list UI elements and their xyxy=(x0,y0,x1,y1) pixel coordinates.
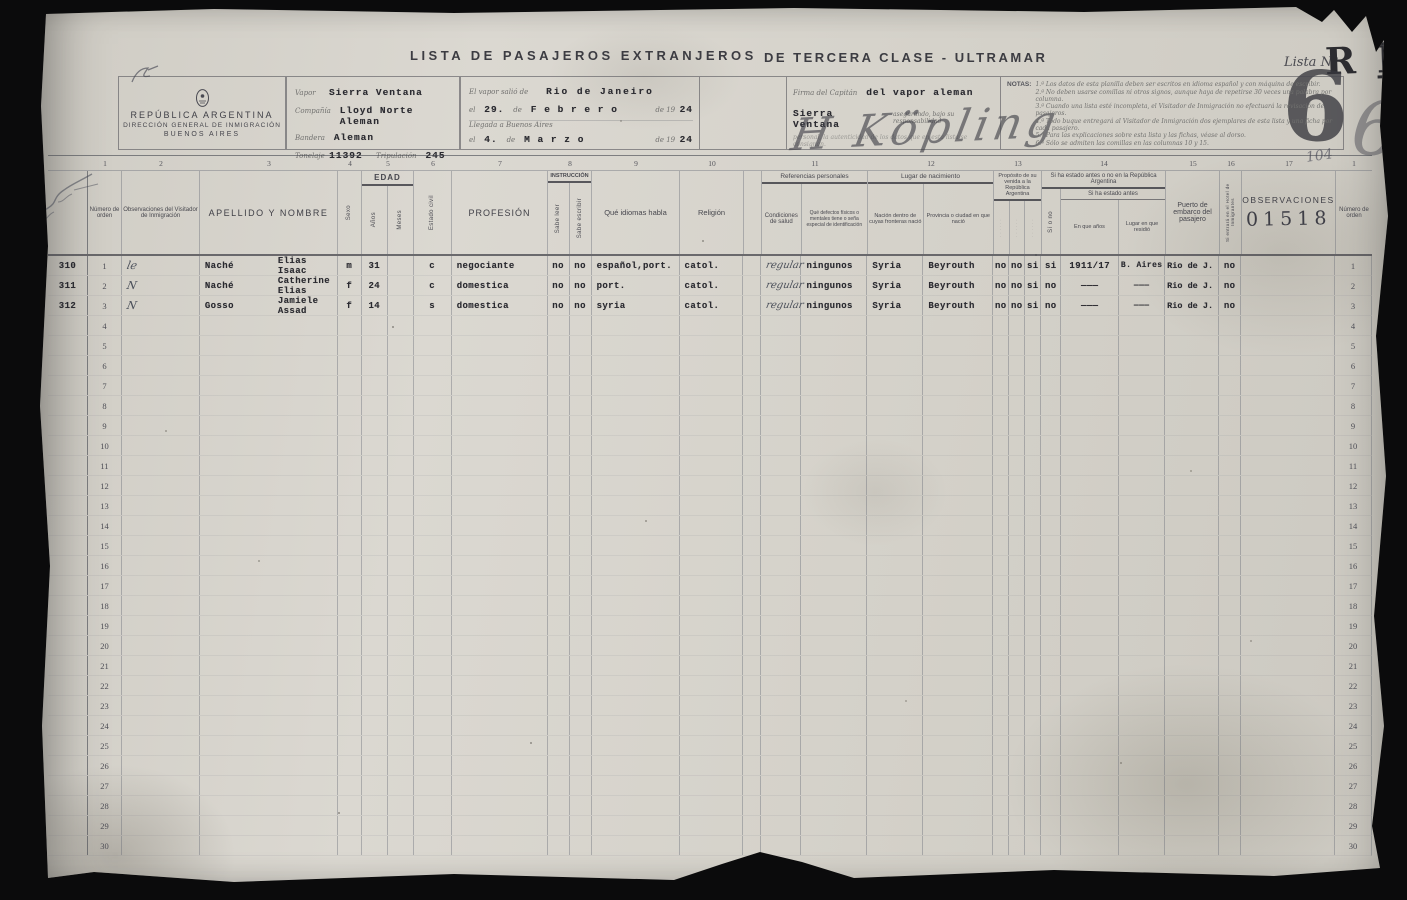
cell-order-2: 28 xyxy=(1349,801,1358,811)
col-visitador: Observaciones del Visitador de Inmigraci… xyxy=(122,171,200,254)
col-sabe-leer: Sabe leer xyxy=(548,183,570,254)
nota-4: 4.ª Todo buque entregará al Visitador de… xyxy=(1035,118,1337,132)
voyage-box: El vapor salió de Rio de Janeiro el 29. … xyxy=(460,76,700,150)
cell-purpose-3: si xyxy=(1027,281,1039,291)
cell-surname: Naché xyxy=(205,261,234,271)
paper-specks xyxy=(0,0,2,2)
page-title: LISTA DE PASAJEROS EXTRANJEROS xyxy=(410,48,757,63)
cell-order-2: 26 xyxy=(1349,761,1358,771)
arr-year: 24 xyxy=(680,134,693,145)
cell-writes: no xyxy=(574,281,586,291)
col-provincia: Provincia o ciudad en que nació xyxy=(924,184,993,254)
cell-order: 26 xyxy=(100,761,109,771)
cell-order-2: 18 xyxy=(1349,601,1358,611)
cell-given-name: Jamiele Assad xyxy=(278,296,337,316)
cell-purpose-2: no xyxy=(1011,261,1023,271)
cell-order-2: 7 xyxy=(1351,381,1355,391)
cell-order-2: 1 xyxy=(1351,261,1355,271)
cell-health: regular xyxy=(765,300,805,311)
cell-profession: domestica xyxy=(457,301,509,311)
col-proposito-1: · · · · · · xyxy=(994,201,1010,254)
table-row: 8 8 xyxy=(48,396,1372,416)
cell-order-2: 29 xyxy=(1349,821,1358,831)
cell-margin-number: 310 xyxy=(59,261,76,271)
cell-order-2: 6 xyxy=(1351,361,1355,371)
cell-order: 23 xyxy=(100,701,109,711)
table-row: 12 12 xyxy=(48,476,1372,496)
cell-religion: catol. xyxy=(685,261,720,271)
cell-margin-number: 311 xyxy=(59,281,76,291)
cell-languages: syria xyxy=(597,301,626,311)
cell-margin-number: 312 xyxy=(59,301,76,311)
table-row: 26 26 xyxy=(48,756,1372,776)
table-row: 30 30 xyxy=(48,836,1372,856)
table-body: 310 1 le Naché Elias Isaac m 31 c negoci… xyxy=(48,256,1372,856)
column-numbers-row: 1 2 3 4 5 6 7 8 9 10 11 12 13 14 15 16 1… xyxy=(48,155,1372,170)
table-row: 22 22 xyxy=(48,676,1372,696)
col-edad-group: EDAD Años Meses xyxy=(362,171,414,254)
cell-hotel: no xyxy=(1224,281,1236,291)
table-row: 6 6 xyxy=(48,356,1372,376)
ship-box: Vapor Sierra Ventana Compañía Lloyd Nort… xyxy=(286,76,460,150)
cell-languages: español,port. xyxy=(597,261,672,271)
table-row: 311 2 N Naché Catherine Elias f 24 c dom… xyxy=(48,276,1372,296)
cell-order: 11 xyxy=(100,461,108,471)
cell-given-name: Catherine Elias xyxy=(278,276,337,296)
cell-order-2: 5 xyxy=(1351,341,1355,351)
cell-surname: Naché xyxy=(205,281,234,291)
col-sabe-escribir: Sabe escribir xyxy=(570,183,591,254)
cell-hotel: no xyxy=(1224,261,1236,271)
cell-order: 17 xyxy=(100,581,109,591)
col-anos: Años xyxy=(362,186,388,254)
col-meses: Meses xyxy=(388,186,413,254)
cell-place-before: ——— xyxy=(1134,301,1150,310)
col-estado-civil: Estado civil xyxy=(414,171,452,254)
cell-order-2: 11 xyxy=(1349,461,1357,471)
arr-day: 4. xyxy=(484,134,497,145)
cell-order: 4 xyxy=(102,321,106,331)
cell-order: 24 xyxy=(100,721,109,731)
table-row: 13 13 xyxy=(48,496,1372,516)
cell-order: 21 xyxy=(100,661,109,671)
notas-box: NOTAS: 1.ª Los datos de esta planilla de… xyxy=(1000,76,1344,150)
el-label-2: el xyxy=(469,136,475,144)
compania-label: Compañía xyxy=(295,107,331,115)
cell-reads: no xyxy=(552,301,564,311)
cell-age-years: 14 xyxy=(368,301,380,311)
cell-sex: f xyxy=(346,301,352,311)
cell-order-2: 21 xyxy=(1349,661,1358,671)
cell-order: 25 xyxy=(100,741,109,751)
table-row: 16 16 xyxy=(48,556,1372,576)
col-si-o-no: Sí o no xyxy=(1042,189,1061,254)
llegada-label: Llegada a Buenos Aires xyxy=(469,121,553,129)
cell-visitor-mark: le xyxy=(126,259,139,272)
agency-office: DIRECCIÓN GENERAL DE INMIGRACIÓN xyxy=(123,122,281,129)
cell-province: Beyrouth xyxy=(928,301,974,311)
col-orden-2: Número de orden xyxy=(1336,171,1372,254)
cell-order-2: 17 xyxy=(1349,581,1358,591)
table-row: 310 1 le Naché Elias Isaac m 31 c negoci… xyxy=(48,256,1372,276)
cell-order: 18 xyxy=(100,601,109,611)
cell-port: Rio de J. xyxy=(1167,261,1213,271)
col-ha-estado-group: Si ha estado antes En que años Lugar en … xyxy=(1061,189,1165,254)
col-religion: Religión xyxy=(680,171,744,254)
cell-place-before: B. Aires xyxy=(1121,261,1163,270)
cell-age-years: 31 xyxy=(368,261,380,271)
cell-nation: Syria xyxy=(872,281,901,291)
cell-writes: no xyxy=(574,301,586,311)
cell-visitor-mark: N xyxy=(126,299,138,312)
cell-been-before: no xyxy=(1045,281,1057,291)
cell-order-2: 15 xyxy=(1349,541,1358,551)
col-puerto: Puerto de embarco del pasajero xyxy=(1166,171,1220,254)
cell-profession: domestica xyxy=(457,281,509,291)
cell-nation: Syria xyxy=(872,301,901,311)
agency-city: BUENOS AIRES xyxy=(164,131,240,138)
table-row: 15 15 xyxy=(48,536,1372,556)
table-row: 25 25 xyxy=(48,736,1372,756)
col-orden: Número de orden xyxy=(88,171,122,254)
table-row: 11 11 xyxy=(48,456,1372,476)
table-row: 7 7 xyxy=(48,376,1372,396)
cell-order-2: 12 xyxy=(1349,481,1358,491)
cell-purpose-3: si xyxy=(1027,301,1039,311)
cell-health: regular xyxy=(765,280,805,291)
cell-order: 5 xyxy=(102,341,106,351)
cell-order: 8 xyxy=(102,401,106,411)
nota-1: 1.ª Los datos de esta planilla deben ser… xyxy=(1035,81,1337,88)
cell-visitor-mark: N xyxy=(126,279,138,292)
cell-purpose-3: si xyxy=(1027,261,1039,271)
nota-3: 3.ª Cuando una lista esté incompleta, el… xyxy=(1035,103,1337,117)
cell-civil-status: c xyxy=(429,281,435,291)
col-referencias-group: Referencias personales Condiciones de sa… xyxy=(762,171,868,254)
cell-order: 30 xyxy=(100,841,109,851)
col-sexo: Sexo xyxy=(338,171,362,254)
dep-day: 29. xyxy=(484,104,504,115)
col-observaciones: OBSERVACIONES 01518 xyxy=(1242,171,1336,254)
de19-label: de 19 xyxy=(655,106,675,114)
col-estado-antes-group: Si ha estado antes o no en la República … xyxy=(1042,171,1166,254)
cell-been-before: si xyxy=(1045,261,1057,271)
col-unlabeled xyxy=(744,171,762,254)
de-label-2: de xyxy=(507,136,516,144)
col-profesion: PROFESIÓN xyxy=(452,171,548,254)
cell-years-before: ——— xyxy=(1081,281,1098,291)
cell-reads: no xyxy=(552,261,564,271)
vapor-label: Vapor xyxy=(295,89,316,97)
cell-order: 28 xyxy=(100,801,109,811)
col-proposito-3: · · · · · · xyxy=(1025,201,1041,254)
cell-purpose-1: no xyxy=(995,261,1007,271)
cell-order-2: 2 xyxy=(1351,281,1355,291)
table-row: 28 28 xyxy=(48,796,1372,816)
cell-order-2: 27 xyxy=(1349,781,1358,791)
cell-order: 7 xyxy=(102,381,106,391)
cell-order-2: 19 xyxy=(1349,621,1358,631)
cell-order-2: 20 xyxy=(1349,641,1358,651)
cell-order-2: 25 xyxy=(1349,741,1358,751)
cell-surname: Gosso xyxy=(205,301,234,311)
col-defectos: Qué defectos físicos o mentales tiene o … xyxy=(802,184,867,254)
cell-purpose-1: no xyxy=(995,281,1007,291)
cell-years-before: 1911/17 xyxy=(1069,261,1110,271)
dep-month: F e b r e r o xyxy=(531,104,618,115)
table-row: 23 23 xyxy=(48,696,1372,716)
cell-order-2: 16 xyxy=(1349,561,1358,571)
cell-purpose-2: no xyxy=(1011,301,1023,311)
cell-order: 27 xyxy=(100,781,109,791)
cell-port: Rio de J. xyxy=(1167,301,1213,311)
cell-order: 6 xyxy=(102,361,106,371)
nota-6: 6.ª Sólo se admiten las comillas en las … xyxy=(1035,140,1337,147)
col-proposito-group: Propósito de su venida a la República Ar… xyxy=(994,171,1042,254)
cell-province: Beyrouth xyxy=(928,261,974,271)
table-row: 5 5 xyxy=(48,336,1372,356)
cell-order: 22 xyxy=(100,681,109,691)
cell-order-2: 14 xyxy=(1349,521,1358,531)
header-gap xyxy=(700,76,786,150)
cell-order: 14 xyxy=(100,521,109,531)
col-instruccion-group: INSTRUCCIÓN Sabe leer Sabe escribir xyxy=(548,171,592,254)
cell-religion: catol. xyxy=(685,301,720,311)
cell-order-2: 10 xyxy=(1349,441,1358,451)
col-nacimiento-group: Lugar de nacimiento Nación dentro de cuy… xyxy=(868,171,994,254)
cell-order: 20 xyxy=(100,641,109,651)
agency-country: REPÚBLICA ARGENTINA xyxy=(130,110,273,120)
cell-purpose-2: no xyxy=(1011,281,1023,291)
nota-2: 2.ª No deben usarse comillas ni otros si… xyxy=(1035,89,1337,103)
firma-label: Firma del Capitán xyxy=(793,89,857,97)
cell-order: 10 xyxy=(100,441,109,451)
cell-place-before: ——— xyxy=(1134,281,1150,290)
cell-civil-status: s xyxy=(429,301,435,311)
cell-order: 9 xyxy=(102,421,106,431)
col-en-que-anos: En que años xyxy=(1061,200,1119,254)
table-row: 14 14 xyxy=(48,516,1372,536)
cell-order: 2 xyxy=(102,281,106,291)
de-label: de xyxy=(513,106,522,114)
bandera-label: Bandera xyxy=(295,134,325,142)
cell-civil-status: c xyxy=(429,261,435,271)
cell-order: 12 xyxy=(100,481,109,491)
table-row: 312 3 N Gosso Jamiele Assad f 14 s domes… xyxy=(48,296,1372,316)
vapor-value: Sierra Ventana xyxy=(329,87,423,98)
compania-value: Lloyd Norte Aleman xyxy=(340,105,455,127)
cell-health: regular xyxy=(765,260,805,271)
notas-label: NOTAS: xyxy=(1007,81,1031,147)
el-label: el xyxy=(469,106,475,114)
cell-age-years: 24 xyxy=(368,281,380,291)
cell-given-name: Elias Isaac xyxy=(278,256,337,276)
nota-5: 5.ª Para las explicaciones sobre esta li… xyxy=(1035,132,1337,139)
salio-port: Rio de Janeiro xyxy=(546,86,654,97)
cell-languages: port. xyxy=(597,281,626,291)
col-nombre: APELLIDO Y NOMBRE xyxy=(200,171,338,254)
cell-sex: f xyxy=(346,281,352,291)
cell-profession: negociante xyxy=(457,261,515,271)
table-row: 17 17 xyxy=(48,576,1372,596)
cell-order-2: 3 xyxy=(1351,301,1355,311)
de19-label-2: de 19 xyxy=(655,136,675,144)
cell-defects: ningunos xyxy=(806,301,852,311)
bandera-value: Aleman xyxy=(334,132,374,143)
column-headers-row: Número de orden Observaciones del Visita… xyxy=(48,170,1372,256)
col-proposito-2: · · · · · · xyxy=(1010,201,1026,254)
cell-order: 1 xyxy=(102,261,106,271)
cell-order-2: 23 xyxy=(1349,701,1358,711)
table-row: 4 4 xyxy=(48,316,1372,336)
scanned-sheet: LISTA DE PASAJEROS EXTRANJEROS DE TERCER… xyxy=(34,6,1390,890)
cell-years-before: ——— xyxy=(1081,301,1098,311)
salio-label: El vapor salió de xyxy=(469,88,528,96)
col-idiomas: Qué idiomas habla xyxy=(592,171,680,254)
col-hotel: Si entrará en el Hotel de Inmigrantes xyxy=(1220,171,1242,254)
cell-sex: m xyxy=(346,261,352,271)
cell-order: 29 xyxy=(100,821,109,831)
page-subtitle: DE TERCERA CLASE - ULTRAMAR xyxy=(764,50,1047,65)
col-nacion: Nación dentro de cuyas fronteras nació xyxy=(868,184,924,254)
table-row: 9 9 xyxy=(48,416,1372,436)
arr-month: M a r z o xyxy=(524,134,584,145)
cell-province: Beyrouth xyxy=(928,281,974,291)
col-salud: Condiciones de salud xyxy=(762,184,802,254)
cell-order-2: 30 xyxy=(1349,841,1358,851)
coat-of-arms-icon xyxy=(195,89,210,108)
table-header: 1 2 3 4 5 6 7 8 9 10 11 12 13 14 15 16 1… xyxy=(48,155,1372,256)
table-row: 21 21 xyxy=(48,656,1372,676)
cell-order-2: 9 xyxy=(1351,421,1355,431)
table-row: 29 29 xyxy=(48,816,1372,836)
captain-vapor-line: del vapor aleman xyxy=(866,87,973,98)
table-row: 19 19 xyxy=(48,616,1372,636)
table-row: 18 18 xyxy=(48,596,1372,616)
cell-order-2: 24 xyxy=(1349,721,1358,731)
cell-writes: no xyxy=(574,261,586,271)
cell-defects: ningunos xyxy=(806,261,852,271)
cell-nation: Syria xyxy=(872,261,901,271)
cell-order: 19 xyxy=(100,621,109,631)
cell-defects: ningunos xyxy=(806,281,852,291)
table-row: 10 10 xyxy=(48,436,1372,456)
cell-religion: catol. xyxy=(685,281,720,291)
cell-hotel: no xyxy=(1224,301,1236,311)
cell-order-2: 8 xyxy=(1351,401,1355,411)
table-row: 27 27 xyxy=(48,776,1372,796)
agency-box: REPÚBLICA ARGENTINA DIRECCIÓN GENERAL DE… xyxy=(118,76,286,150)
cell-reads: no xyxy=(552,281,564,291)
cell-order-2: 13 xyxy=(1349,501,1358,511)
cell-order-2: 22 xyxy=(1349,681,1358,691)
table-row: 20 20 xyxy=(48,636,1372,656)
cell-order-2: 4 xyxy=(1351,321,1355,331)
cell-port: Rio de J. xyxy=(1167,281,1213,291)
cell-order: 16 xyxy=(100,561,109,571)
cell-order: 13 xyxy=(100,501,109,511)
col-lugar-residio: Lugar en que residió xyxy=(1119,200,1165,254)
cell-been-before: no xyxy=(1045,301,1057,311)
table-row: 24 24 xyxy=(48,716,1372,736)
cell-order: 15 xyxy=(100,541,109,551)
cell-order: 3 xyxy=(102,301,106,311)
dep-year: 24 xyxy=(680,104,693,115)
cell-purpose-1: no xyxy=(995,301,1007,311)
observaciones-stamp-number: 01518 xyxy=(1246,207,1332,230)
